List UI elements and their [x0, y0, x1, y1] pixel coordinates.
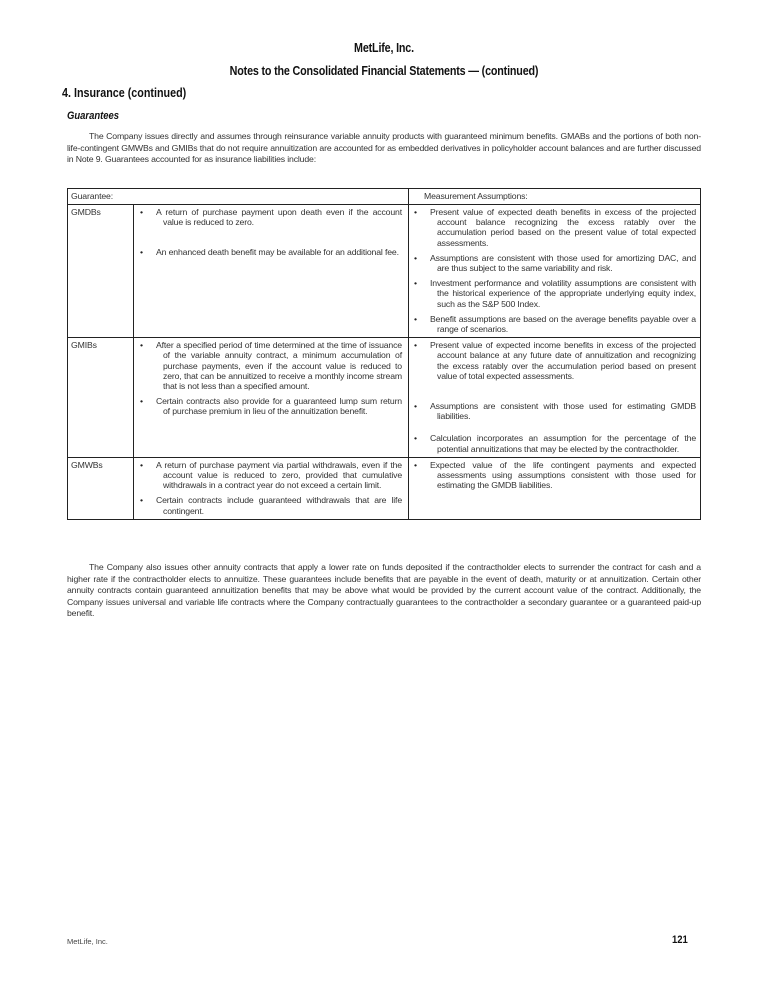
closing-paragraph: The Company also issues other annuity co… [67, 562, 701, 620]
measurement-item: Calculation incorporates an assumption f… [421, 433, 696, 453]
page-number: 121 [672, 934, 688, 946]
measurement-item: Assumptions are consistent with those us… [421, 253, 696, 273]
table-row: GMWBs A return of purchase payment via p… [68, 457, 701, 519]
measurement-item: Present value of expected death benefits… [421, 207, 696, 248]
measurement-item: Investment performance and volatility as… [421, 278, 696, 309]
intro-paragraph: The Company issues directly and assumes … [67, 131, 701, 166]
measurement-item: Assumptions are consistent with those us… [421, 401, 696, 421]
description-item: Certain contracts include guaranteed wit… [147, 495, 402, 515]
guarantee-name: GMIBs [68, 338, 134, 458]
guarantee-name: GMWBs [68, 457, 134, 519]
table-header-row: Guarantee: Measurement Assumptions: [68, 189, 701, 205]
guarantees-table: Guarantee: Measurement Assumptions: GMDB… [67, 188, 701, 520]
header-measurement: Measurement Assumptions: [409, 189, 701, 205]
subsection-title: Guarantees [67, 110, 119, 122]
measurement-item: Benefit assumptions are based on the ave… [421, 314, 696, 334]
description-item: Certain contracts also provide for a gua… [147, 396, 402, 416]
footer-company: MetLife, Inc. [67, 937, 108, 946]
description-item: After a specified period of time determi… [147, 340, 402, 391]
measurement-assumptions: Present value of expected death benefits… [409, 205, 701, 338]
guarantee-descriptions: A return of purchase payment upon death … [134, 205, 409, 338]
guarantee-name: GMDBs [68, 205, 134, 338]
description-item: An enhanced death benefit may be availab… [147, 247, 402, 257]
measurement-item: Present value of expected income benefit… [421, 340, 696, 381]
measurement-assumptions: Expected value of the life contingent pa… [409, 457, 701, 519]
header-guarantee: Guarantee: [68, 189, 409, 205]
measurement-item: Expected value of the life contingent pa… [421, 460, 696, 491]
company-name: MetLife, Inc. [54, 41, 714, 55]
page-subtitle: Notes to the Consolidated Financial Stat… [54, 64, 714, 78]
measurement-assumptions: Present value of expected income benefit… [409, 338, 701, 458]
section-title: 4. Insurance (continued) [62, 86, 186, 100]
guarantee-descriptions: After a specified period of time determi… [134, 338, 409, 458]
guarantee-descriptions: A return of purchase payment via partial… [134, 457, 409, 519]
table-row: GMDBs A return of purchase payment upon … [68, 205, 701, 338]
table-row: GMIBs After a specified period of time d… [68, 338, 701, 458]
description-item: A return of purchase payment via partial… [147, 460, 402, 491]
description-item: A return of purchase payment upon death … [147, 207, 402, 227]
